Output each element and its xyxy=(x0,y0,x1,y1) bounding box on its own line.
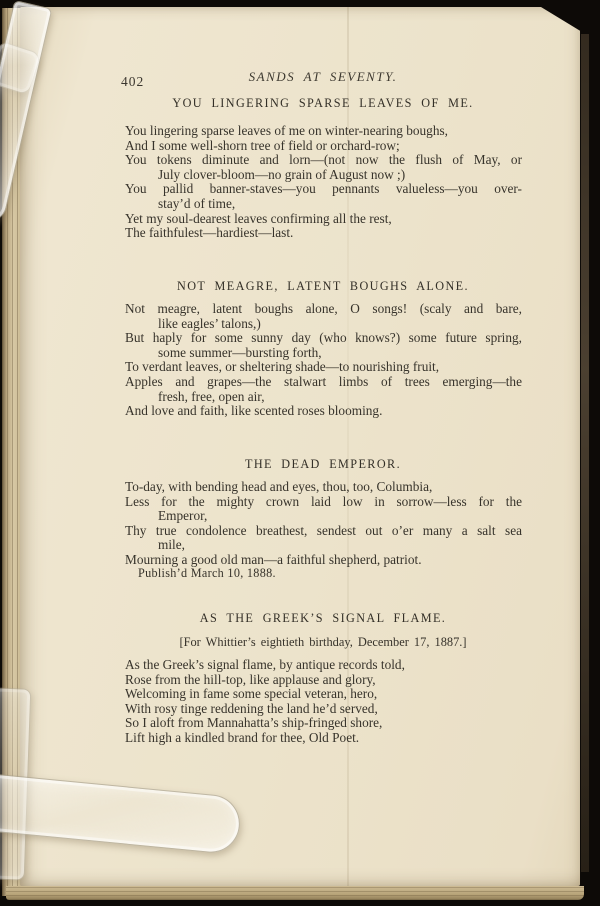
poem-line: You pallid banner-staves—you pennants va… xyxy=(125,182,522,197)
poem-line: like eagles’ talons,) xyxy=(125,317,522,332)
poem-line: mile, xyxy=(125,538,522,553)
poem-line: As the Greek’s signal flame, by antique … xyxy=(125,658,522,673)
poem-line: So I aloft from Mannahatta’s ship-fringe… xyxy=(125,716,522,731)
poem-title: THE DEAD EMPEROR. xyxy=(125,457,521,472)
poem-line: And I some well-shorn tree of field or o… xyxy=(125,139,522,154)
poem-body: You lingering sparse leaves of me on win… xyxy=(125,124,522,241)
book-bottom-page-edges xyxy=(6,886,584,900)
poem-line: To-day, with bending head and eyes, thou… xyxy=(125,480,522,495)
poem-line: Thy true condolence breathest, sendest o… xyxy=(125,524,522,539)
poem-line: fresh, free, open air, xyxy=(125,390,522,405)
poem-title: YOU LINGERING SPARSE LEAVES OF ME. xyxy=(125,96,521,111)
poem-body: To-day, with bending head and eyes, thou… xyxy=(125,480,522,568)
poem-line: Yet my soul-dearest leaves confirming al… xyxy=(125,212,522,227)
poem-line: With rosy tinge reddening the land he’d … xyxy=(125,702,522,717)
running-header: SANDS AT SEVENTY. xyxy=(125,69,521,85)
poem-line: stay’d of time, xyxy=(125,197,522,212)
poem-body: Not meagre, latent boughs alone, O songs… xyxy=(125,302,522,419)
poem-line: You lingering sparse leaves of me on win… xyxy=(125,124,522,139)
poem-line: Lift high a kindled brand for thee, Old … xyxy=(125,731,522,746)
poem-line: Rose from the hill-top, like applause an… xyxy=(125,673,522,688)
scanned-book-page: 402 SANDS AT SEVENTY. YOU LINGERING SPAR… xyxy=(0,0,600,906)
poem-subtitle: [For Whittier’s eightieth birthday, Dece… xyxy=(125,635,521,650)
poem-line: Emperor, xyxy=(125,509,522,524)
book-cover-edge xyxy=(581,34,589,872)
poem-title: AS THE GREEK’S SIGNAL FLAME. xyxy=(125,611,521,626)
poem-line: And love and faith, like scented roses b… xyxy=(125,404,522,419)
poem-line: The faithfulest—hardiest—last. xyxy=(125,226,522,241)
poem-line: July clover-bloom—no grain of August now… xyxy=(125,168,522,183)
poem-line: Less for the mighty crown laid low in so… xyxy=(125,495,522,510)
poem-line: Apples and grapes—the stalwart limbs of … xyxy=(125,375,522,390)
poem-line: some summer—bursting forth, xyxy=(125,346,522,361)
poem-line: You tokens diminute and lorn—(not now th… xyxy=(125,153,522,168)
poem-line: But haply for some sunny day (who knows?… xyxy=(125,331,522,346)
poem-line: Welcoming in fame some special veteran, … xyxy=(125,687,522,702)
poem-line: Not meagre, latent boughs alone, O songs… xyxy=(125,302,522,317)
poem-title: NOT MEAGRE, LATENT BOUGHS ALONE. xyxy=(125,279,521,294)
poem-body: As the Greek’s signal flame, by antique … xyxy=(125,658,522,746)
poem-footnote: Publish’d March 10, 1888. xyxy=(138,566,276,581)
poem-line: To verdant leaves, or sheltering shade—t… xyxy=(125,360,522,375)
